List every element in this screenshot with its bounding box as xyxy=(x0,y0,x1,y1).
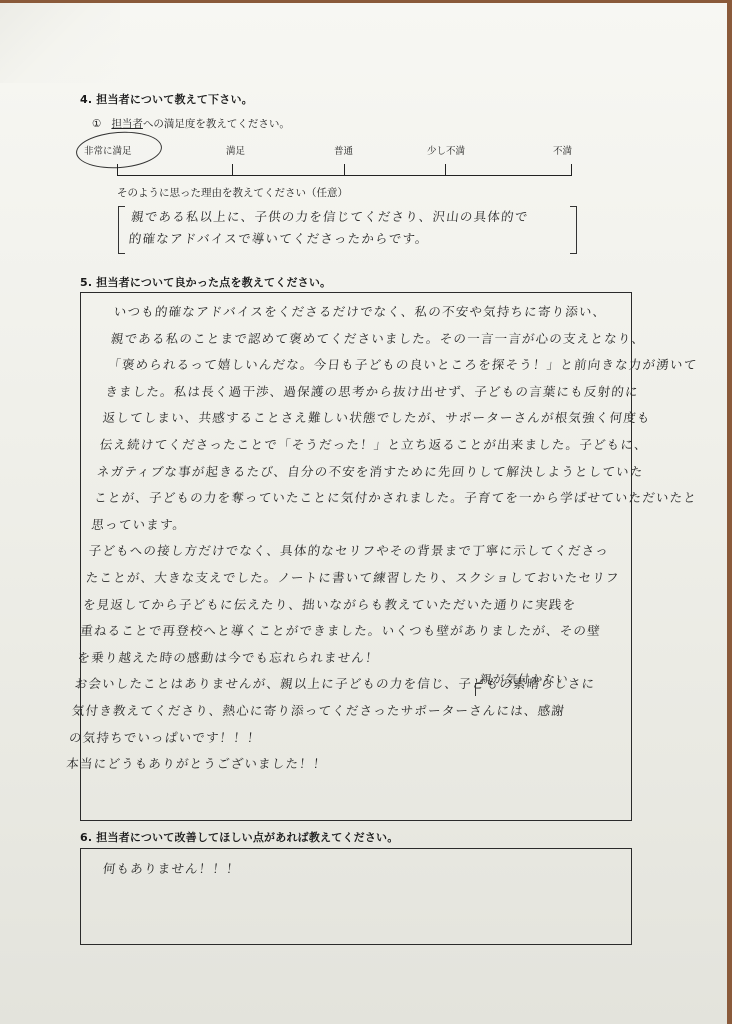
insertion-note: 親が気付かない xyxy=(479,671,570,687)
reason-line: 親である私以上に、子供の力を信じてくださり、沢山の具体的で xyxy=(130,206,572,228)
sub-underlined: 担当者 xyxy=(111,118,143,130)
scale-option-dissatisfied[interactable]: 不満 xyxy=(553,143,572,157)
sub-rest: への満足度を教えてください。 xyxy=(143,118,290,130)
scale-option-neutral[interactable]: 普通 xyxy=(334,143,353,157)
question-5-title: 5. 担当者について良かった点を教えてください。 xyxy=(80,274,331,290)
paper-fold-shadow xyxy=(0,3,120,83)
survey-sheet: 4. 担当者について教えて下さい。 ① 担当者への満足度を教えてください。 非常… xyxy=(0,3,727,1024)
reason-label: そのように思った理由を教えてください（任意） xyxy=(117,185,348,200)
answer-line: きました。私は長く過干渉、過保護の思考から抜け出せず、子どもの言葉にも反射的に xyxy=(104,379,642,406)
answer-line: 本当にどうもありがとうございました！！ xyxy=(65,751,603,778)
answer-line: ことが、子どもの力を奪っていたことに気付かされました。子育てを一から学ばせていた… xyxy=(93,485,631,512)
answer-line: 思っています。 xyxy=(90,512,628,539)
answer-line: 子どもへの接し方だけでなく、具体的なセリフやその背景まで丁寧に示してくださっ xyxy=(87,538,625,565)
answer-line: 気付き教えてくださり、熱心に寄り添ってくださったサポーターさんには、感謝 xyxy=(70,698,608,725)
question-5-answer-box[interactable]: いつも的確なアドバイスをくださるだけでなく、私の不安や気持ちに寄り添い、親である… xyxy=(80,292,632,821)
answer-line: 親である私のことまで認めて褒めてくださいました。その一言一言が心の支えとなり、 xyxy=(110,326,648,353)
answer-line: 伝え続けてくださったことで「そうだった！」と立ち返ることが出来ました。子どもに、 xyxy=(98,432,636,459)
question-4-title: 4. 担当者について教えて下さい。 xyxy=(80,91,253,107)
answer-line: を見返してから子どもに伝えたり、拙いながらも教えていただいた通りに実践を xyxy=(82,592,620,619)
scale-option-satisfied[interactable]: 満足 xyxy=(226,143,245,157)
answer-line: いつも的確なアドバイスをくださるだけでなく、私の不安や気持ちに寄り添い、 xyxy=(112,299,650,326)
question-6-answer: 何もありません！！！ xyxy=(102,859,241,877)
scale-tick xyxy=(117,164,118,175)
question-6-title: 6. 担当者について改善してほしい点があれば教えてください。 xyxy=(80,829,398,845)
reason-answer[interactable]: 親である私以上に、子供の力を信じてくださり、沢山の具体的で 的確なアドバイスで導… xyxy=(128,206,573,250)
rating-scale-line xyxy=(117,175,572,176)
reason-line: 的確なアドバイスで導いてくださったからです。 xyxy=(128,228,570,250)
answer-line: 返してしまい、共感することさえ難しい状態でしたが、サポーターさんが根気強く何度も xyxy=(101,405,639,432)
answer-line: の気持ちでいっぱいです！！！ xyxy=(68,725,606,752)
scale-tick xyxy=(232,164,233,175)
question-6-answer-box[interactable]: 何もありません！！！ xyxy=(80,848,632,945)
answer-line: 重ねることで再登校へと導くことができました。いくつも壁がありましたが、その壁 xyxy=(79,618,617,645)
answer-line: を乗り越えた時の感動は今でも忘れられません！ xyxy=(76,645,614,672)
question-4-sub-1: ① 担当者への満足度を教えてください。 xyxy=(92,116,290,131)
answer-line: ネガティブな事が起きるたび、自分の不安を消すために先回りして解決しようとしていた xyxy=(96,459,634,486)
question-5-answer-text: いつも的確なアドバイスをくださるだけでなく、私の不安や気持ちに寄り添い、親である… xyxy=(65,299,650,778)
answer-line: たことが、大きな支えでした。ノートに書いて練習したり、スクショしておいたセリフ xyxy=(84,565,622,592)
sub-number: ① xyxy=(92,118,101,130)
scale-tick xyxy=(571,164,572,175)
scale-tick xyxy=(445,164,446,175)
scale-option-slightly-dissatisfied[interactable]: 少し不満 xyxy=(427,143,465,157)
scale-tick xyxy=(344,164,345,175)
scale-option-very-satisfied[interactable]: 非常に満足 xyxy=(84,143,132,157)
bracket-left xyxy=(118,206,125,254)
answer-line: 「褒められるって嬉しいんだな。今日も子どもの良いところを探そう！」と前向きな力が… xyxy=(107,352,645,379)
